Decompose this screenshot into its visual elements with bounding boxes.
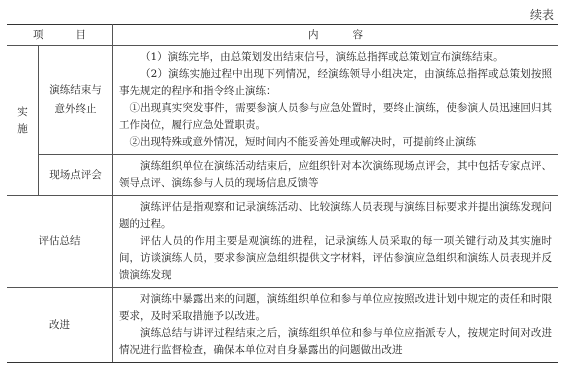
- table-continued-caption: 续表: [530, 6, 554, 23]
- sub-item-drill-end: 演练结束与 意外终止: [39, 46, 113, 155]
- header-item-char-1: 项: [33, 27, 44, 44]
- content-improvement: 对演练中暴露出来的问题，演练组织单位和参与单位应按照改进计划中规定的责任和时限要…: [113, 288, 559, 363]
- table-row: 实施 演练结束与 意外终止 （1）演练完毕，由总策划发出结束信号，演练总指挥或总…: [7, 46, 558, 155]
- content-paragraph: ②出现特殊或意外情况，短时间内不能妥善处理或解决时，可提前终止演练: [119, 134, 552, 151]
- content-paragraph: 演练评估是指观察和记录演练活动、比较演练人员表现与演练目标要求并提出演练发现问题…: [119, 199, 552, 233]
- item-evaluation-summary: 评估总结: [7, 196, 113, 288]
- content-paragraph: 对演练中暴露出来的问题，演练组织单位和参与单位应按照改进计划中规定的责任和时限要…: [119, 291, 552, 325]
- content-paragraph: 演练总结与讲评过程结束之后，演练组织单位和参与单位应指派专人，按规定时间对改进情…: [119, 325, 552, 359]
- content-drill-end: （1）演练完毕，由总策划发出结束信号，演练总指挥或总策划宣布演练结束。 （2）演…: [113, 46, 559, 155]
- category-implementation: 实施: [7, 46, 39, 196]
- header-item-char-2: 目: [76, 27, 87, 44]
- drill-process-table: 项目 内容 实施 演练结束与 意外终止 （1）演练完毕，由总策划发出结束信号，演…: [7, 24, 558, 363]
- sub-item-label-line-1: 演练结束与: [39, 81, 112, 100]
- header-content: 内容: [113, 25, 559, 46]
- table-row: 改进 对演练中暴露出来的问题，演练组织单位和参与单位应按照改进计划中规定的责任和…: [7, 288, 558, 363]
- table-row: 评估总结 演练评估是指观察和记录演练活动、比较演练人员表现与演练目标要求并提出演…: [7, 196, 558, 288]
- header-content-char-2: 容: [353, 27, 364, 44]
- content-paragraph: 演练组织单位在演练活动结束后，应组织针对本次演练现场点评会，其中包括专家点评、领…: [119, 158, 552, 192]
- sub-item-onsite-review: 现场点评会: [39, 155, 113, 196]
- content-paragraph: （1）演练完毕，由总策划发出结束信号，演练总指挥或总策划宣布演练结束。: [119, 49, 552, 66]
- content-paragraph: 评估人员的作用主要是观演练的进程，记录演练人员采取的每一项关键行动及其实施时间，…: [119, 233, 552, 284]
- content-onsite-review: 演练组织单位在演练活动结束后，应组织针对本次演练现场点评会，其中包括专家点评、领…: [113, 155, 559, 196]
- table-header-row: 项目 内容: [7, 25, 558, 46]
- sub-item-label-line-2: 意外终止: [39, 100, 112, 119]
- item-improvement: 改进: [7, 288, 113, 363]
- content-paragraph: ①出现真实突发事件，需要参演人员参与应急处置时，要终止演练，使参演人员迅速回归其…: [119, 100, 552, 134]
- table-row: 现场点评会 演练组织单位在演练活动结束后，应组织针对本次演练现场点评会，其中包括…: [7, 155, 558, 196]
- content-evaluation-summary: 演练评估是指观察和记录演练活动、比较演练人员表现与演练目标要求并提出演练发现问题…: [113, 196, 559, 288]
- header-item: 项目: [7, 25, 113, 46]
- content-paragraph: （2）演练实施过程中出现下列情况，经演练领导小组决定，由演练总指挥或总策划按照事…: [119, 66, 552, 100]
- header-content-char-1: 内: [308, 27, 319, 44]
- category-label: 实施: [17, 104, 29, 138]
